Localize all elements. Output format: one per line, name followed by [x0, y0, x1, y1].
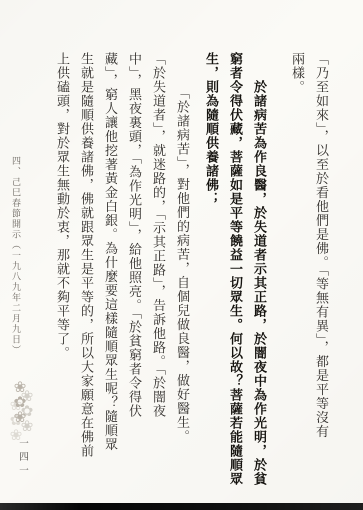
text-column: 「乃至如來」，以至於看他們是佛。「等無有異」，都是平等沒有: [314, 52, 329, 439]
sutra-quote-column: 生，則為隨順供養諸佛；: [204, 52, 219, 206]
scan-edge-bottom: [0, 503, 363, 510]
text-column: 兩樣。: [290, 52, 305, 94]
sutra-quote-column: 於諸病苦為作良醫，於失道者示其正路，於闇夜中為作光明，於貧: [252, 80, 267, 486]
book-page: 「乃至如來」，以至於看他們是佛。「等無有異」，都是平等沒有 兩樣。 於諸病苦為作…: [0, 0, 363, 510]
flower-ornament-icon: ❀✿❀: [10, 378, 28, 423]
text-column: 上供磕頭，對於眾生無動於衷，那就不夠平等了。: [55, 52, 70, 360]
text-column: 「於諸病苦」，對他們的病苦，自個兒做良醫，做好醫生。: [175, 86, 190, 444]
text-column: 「於失道者」，就迷路的，「示其正路」，告訴他路。「於闇夜: [151, 52, 166, 418]
main-text-area: 「乃至如來」，以至於看他們是佛。「等無有異」，都是平等沒有 兩樣。 於諸病苦為作…: [46, 52, 329, 486]
sutra-quote-column: 窮者令得伏藏，菩薩如是平等饒益一切眾生。何以故？菩薩若能隨順眾: [228, 52, 243, 486]
text-column: 生就是隨順供養諸佛，佛就跟眾生是平等的，所以大家願意在佛前: [79, 52, 94, 458]
chapter-margin-note: 四、己巳春節開示（一九八九年二月九日）: [10, 156, 23, 356]
text-column: 藏」，窮人讓他挖著黃金白銀。為什麼要這樣隨順眾生呢？隨順眾: [103, 52, 118, 452]
page-number: 一四一: [15, 438, 29, 479]
text-column: 中」，黑夜裏頭，「為作光明」，給他照亮。「於貧窮者令得伏: [127, 52, 142, 418]
